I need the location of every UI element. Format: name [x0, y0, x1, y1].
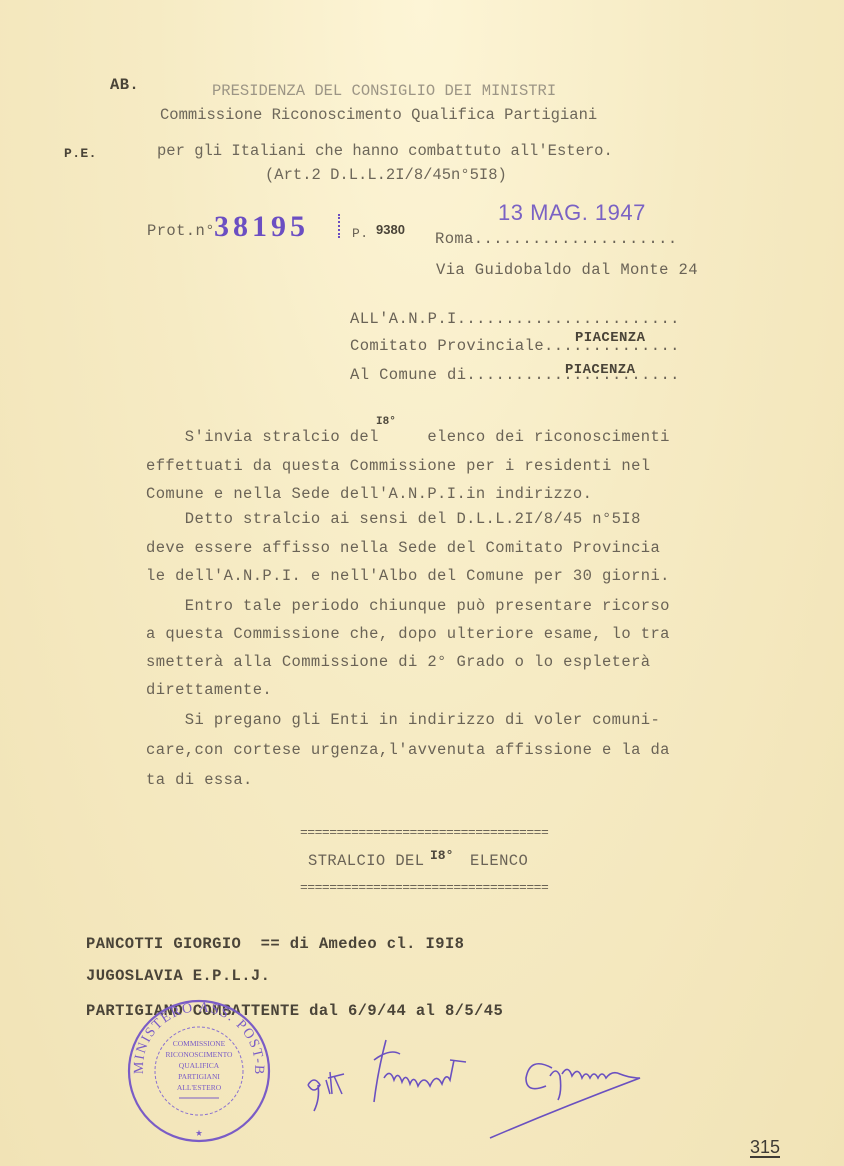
header-commission: Commissione Riconoscimento Qualifica Par… — [160, 106, 597, 124]
p-label: P. — [352, 226, 368, 241]
svg-text:★: ★ — [195, 1126, 202, 1140]
svg-text:QUALIFICA: QUALIFICA — [179, 1061, 220, 1070]
separator-bottom: ================================== — [300, 880, 548, 895]
official-seal-stamp: MINISTERO ASS. POST-BELLICA COMMISSIONE … — [124, 998, 274, 1144]
date-stamp: 13 MAG. 1947 — [498, 200, 646, 226]
body-p4-line3: ta di essa. — [146, 771, 253, 789]
recipient-municipality-value: PIACENZA — [565, 362, 635, 378]
separator-top: ================================== — [300, 825, 548, 840]
handwritten-signature — [300, 1030, 670, 1140]
entry-country: JUGOSLAVIA E.P.L.J. — [86, 967, 270, 985]
body-p2-line3: le dell'A.N.P.I. e nell'Albo del Comune … — [146, 567, 670, 585]
body-p1-ordinal: I8° — [376, 416, 396, 428]
svg-text:PARTIGIANI: PARTIGIANI — [178, 1072, 220, 1081]
svg-text:ALL'ESTERO: ALL'ESTERO — [177, 1083, 222, 1092]
header-ministry: PRESIDENZA DEL CONSIGLIO DEI MINISTRI — [212, 82, 556, 100]
protocol-number-stamp: 38195 — [214, 210, 309, 244]
header-subtitle: per gli Italiani che hanno combattuto al… — [157, 142, 613, 160]
recipient-committee-value: PIACENZA — [575, 330, 645, 346]
body-p2-line2: deve essere affisso nella Sede del Comit… — [146, 539, 660, 557]
svg-text:COMMISSIONE: COMMISSIONE — [173, 1039, 226, 1048]
p-number: 9380 — [376, 222, 405, 237]
place-roma: Roma..................... — [435, 230, 678, 248]
stamp-mark — [338, 214, 344, 238]
reference-code-ab: AB. — [110, 76, 139, 94]
body-p2-line1: Detto stralcio ai sensi del D.L.L.2I/8/4… — [146, 510, 641, 528]
extract-title-left: STRALCIO DEL — [308, 852, 424, 870]
body-p1-line3: Comune e nella Sede dell'A.N.P.I.in indi… — [146, 485, 592, 503]
extract-title-ordinal: I8° — [430, 848, 453, 863]
svg-text:RICONOSCIMENTO: RICONOSCIMENTO — [166, 1050, 234, 1059]
entry-name: PANCOTTI GIORGIO == di Amedeo cl. I9I8 — [86, 935, 464, 953]
reference-code-pe: P.E. — [64, 146, 97, 161]
body-p3-line1: Entro tale periodo chiunque può presenta… — [146, 597, 670, 615]
extract-title-right: ELENCO — [470, 852, 528, 870]
address: Via Guidobaldo dal Monte 24 — [436, 261, 698, 279]
body-p1-line2: effettuati da questa Commissione per i r… — [146, 457, 650, 475]
body-p3-line4: direttamente. — [146, 681, 272, 699]
body-p1-line1: S'invia stralcio del elenco dei riconosc… — [146, 428, 670, 446]
recipient-anpi: ALL'A.N.P.I....................... — [350, 310, 680, 328]
body-p3-line2: a questa Commissione che, dopo ulteriore… — [146, 625, 670, 643]
header-legal-ref: (Art.2 D.L.L.2I/8/45n°5I8) — [265, 166, 507, 184]
body-p4-line2: care,con cortese urgenza,l'avvenuta affi… — [146, 741, 670, 759]
protocol-label: Prot.n° — [147, 222, 215, 240]
page-number: 315 — [750, 1138, 780, 1158]
body-p4-line1: Si pregano gli Enti in indirizzo di vole… — [146, 711, 660, 729]
body-p3-line3: smetterà alla Commissione di 2° Grado o … — [146, 653, 650, 671]
